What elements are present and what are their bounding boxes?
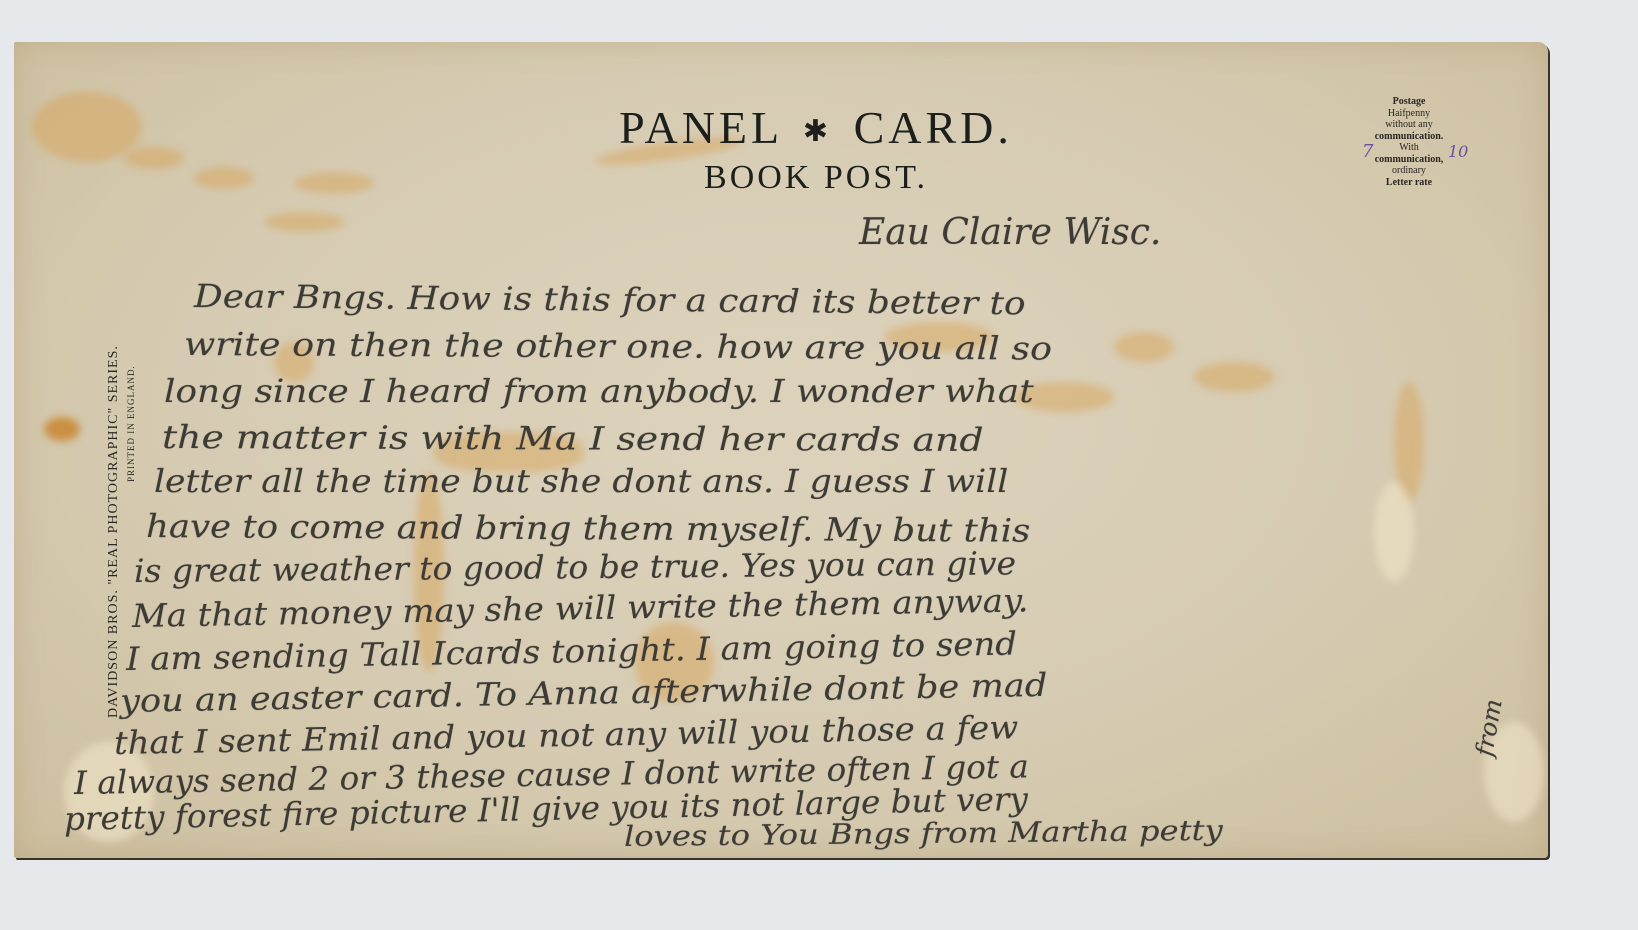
asterisk-icon: ✱ <box>803 115 832 148</box>
stain <box>194 167 254 189</box>
letter-line: the matter is with Ma I send her cards a… <box>162 418 984 459</box>
stain <box>32 92 142 162</box>
stain <box>44 417 80 441</box>
rate-number: 10 <box>1448 146 1468 158</box>
letter-line: loves to You Bngs from Martha petty <box>624 814 1223 853</box>
publisher-name: DAVIDSON BROS. "REAL PHOTOGRAPHIC" SERIE… <box>106 345 122 718</box>
letter-place: Eau Claire Wisc. <box>859 212 1161 253</box>
stamp-line: Haifpenny <box>1344 108 1474 120</box>
stamp-box: Postage Haifpenny without any communicat… <box>1344 96 1474 188</box>
stain <box>264 212 344 232</box>
stamp-line: Letter rate <box>1344 177 1474 189</box>
stain <box>1114 332 1174 362</box>
stain <box>124 147 184 169</box>
heading-panel: PANEL <box>619 102 781 153</box>
rate-mark: 7 <box>1362 146 1373 158</box>
printed-in: PRINTED IN ENGLAND. <box>126 345 136 482</box>
heading-card: CARD. <box>854 102 1013 153</box>
stamp-line: without any <box>1344 119 1474 131</box>
stain <box>294 172 374 194</box>
letter-line: letter all the time but she dont ans. I … <box>154 462 1008 500</box>
card-title: PANEL ✱ CARD. BOOK POST. <box>586 102 1046 198</box>
subheading-book-post: BOOK POST. <box>586 158 1046 198</box>
stain <box>1194 362 1274 392</box>
letter-line: Dear Bngs. How is this for a card its be… <box>194 277 1026 322</box>
postcard: PANEL ✱ CARD. BOOK POST. Postage Haifpen… <box>14 42 1548 858</box>
letter-line: write on then the other one. how are you… <box>184 325 1052 368</box>
letter-line: long since I heard from anybody. I wonde… <box>164 372 1034 410</box>
stamp-line: Postage <box>1344 96 1474 108</box>
stamp-line: ordinary <box>1344 165 1474 177</box>
letter-line: have to come and bring them myself. My b… <box>146 507 1031 550</box>
stain <box>1374 482 1414 582</box>
